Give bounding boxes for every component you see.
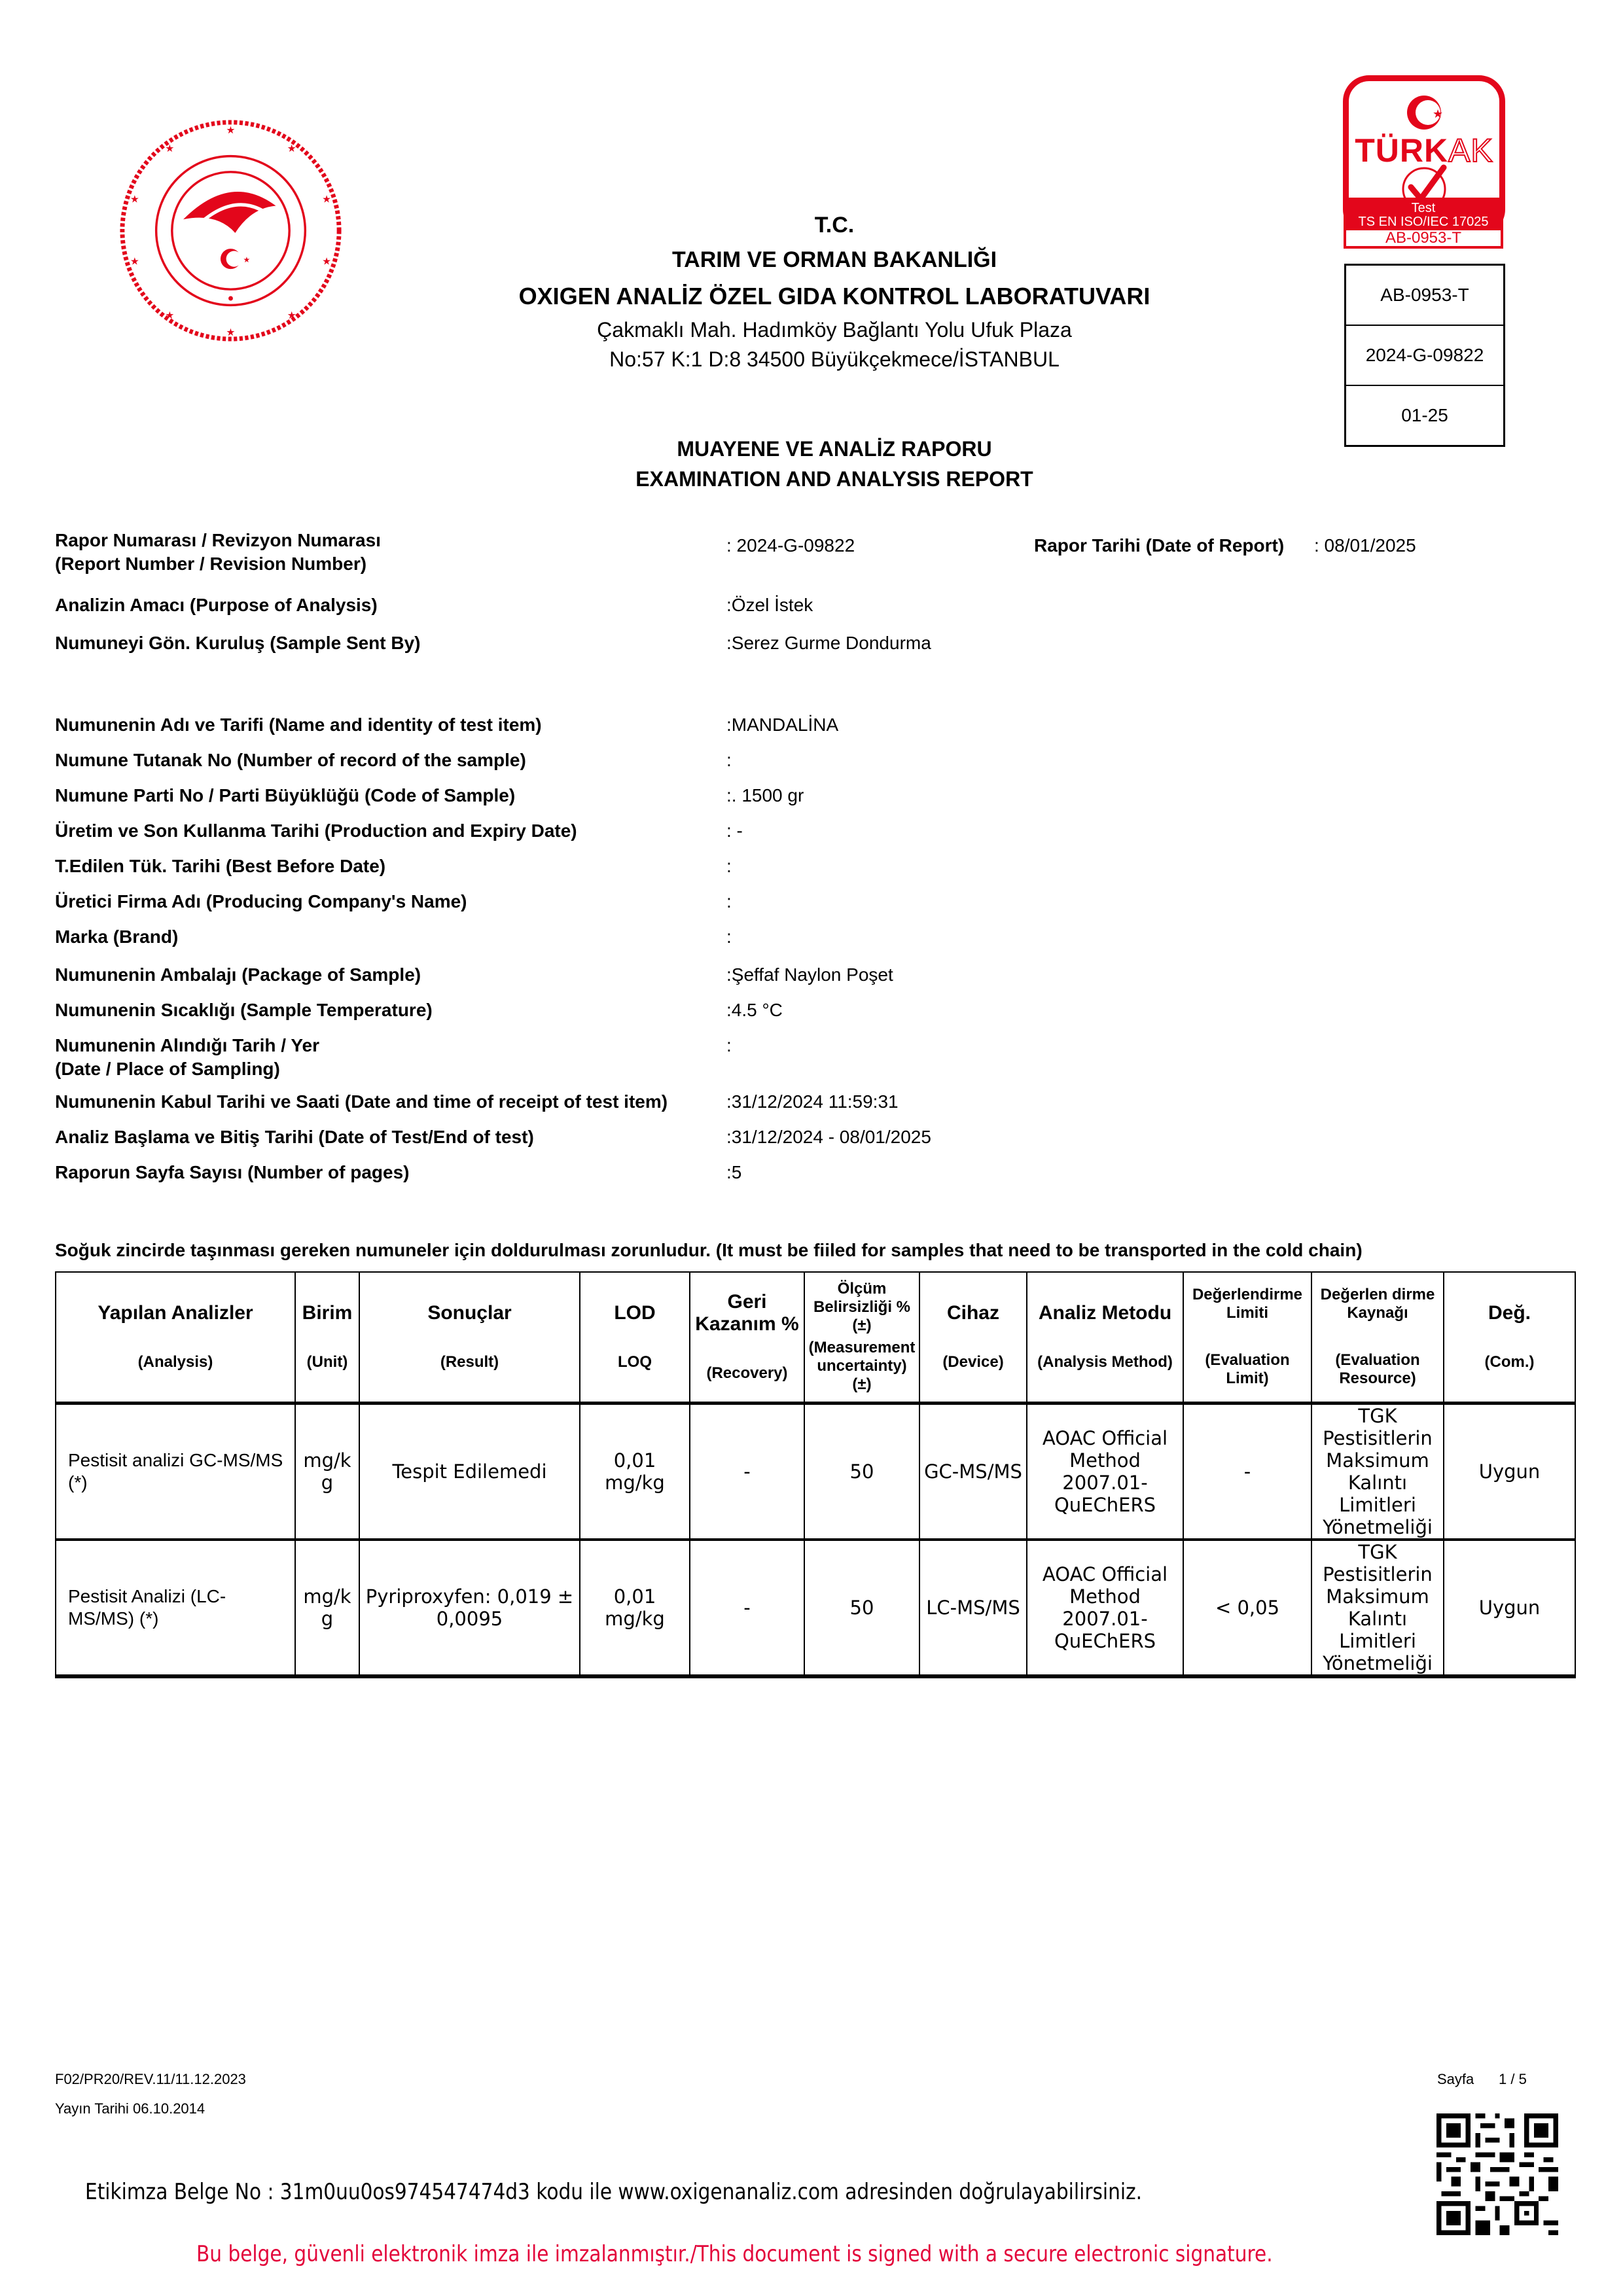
column-header: Yapılan Analizler(Analysis) xyxy=(56,1272,295,1403)
sample-field-value: :31/12/2024 - 08/01/2025 xyxy=(726,1125,931,1149)
reference-box: AB-0953-T 2024-G-09822 01-25 xyxy=(1344,264,1505,447)
svg-text:★: ★ xyxy=(226,125,236,136)
accreditation-code: AB-0953-T xyxy=(1346,230,1501,246)
cold-chain-note: Soğuk zincirde taşınması gereken numunel… xyxy=(55,1240,1363,1261)
sample-field-value: :31/12/2024 11:59:31 xyxy=(726,1090,899,1114)
report-title-tr: MUAYENE VE ANALİZ RAPORU xyxy=(458,437,1211,461)
header-lab-name: OXIGEN ANALİZ ÖZEL GIDA KONTROL LABORATU… xyxy=(458,283,1211,310)
cell-method: AOAC Official Method 2007.01-QuEChERS xyxy=(1027,1540,1183,1676)
sample-field-label: Üretici Firma Adı (Producing Company's N… xyxy=(55,890,467,913)
sample-field-label: Raporun Sayfa Sayısı (Number of pages) xyxy=(55,1161,409,1184)
results-table: Yapılan Analizler(Analysis)Birim(Unit)So… xyxy=(55,1271,1576,1678)
cell-lod-loq: 0,01 mg/kg xyxy=(580,1540,690,1676)
table-header-row: Yapılan Analizler(Analysis)Birim(Unit)So… xyxy=(56,1272,1575,1403)
ministry-seal-icon: ★ ★ ★ ★ ★ ★ ★ ★ ★ ★ ★ xyxy=(118,118,344,344)
cell-method: AOAC Official Method 2007.01-QuEChERS xyxy=(1027,1403,1183,1540)
sample-field-label: Numunenin Alındığı Tarih / Yer(Date / Pl… xyxy=(55,1034,319,1081)
svg-text:★: ★ xyxy=(287,143,296,154)
sample-field-value: : xyxy=(726,855,732,878)
svg-text:★: ★ xyxy=(243,255,250,264)
cell-device: GC-MS/MS xyxy=(919,1403,1027,1540)
ref-report-no: 2024-G-09822 xyxy=(1346,326,1503,386)
svg-text:★: ★ xyxy=(322,256,331,267)
sample-field-label: Numunenin Kabul Tarihi ve Saati (Date an… xyxy=(55,1090,668,1114)
sample-field-label: Üretim ve Son Kullanma Tarihi (Productio… xyxy=(55,819,577,843)
header-ministry: TARIM VE ORMAN BAKANLIĞI xyxy=(458,247,1211,273)
svg-text:★: ★ xyxy=(130,256,139,267)
cell-comment: Uygun xyxy=(1444,1403,1575,1540)
cell-result: Tespit Edilemedi xyxy=(359,1403,580,1540)
ref-accreditation-no: AB-0953-T xyxy=(1346,266,1503,326)
sample-field-value: : - xyxy=(726,819,743,843)
cell-analysis: Pestisit analizi GC-MS/MS (*) xyxy=(56,1403,295,1540)
cell-eval-resource: TGK Pestisitlerin Maksimum Kalıntı Limit… xyxy=(1311,1403,1444,1540)
sample-field-value: : xyxy=(726,749,732,772)
sample-field-label: Numune Parti No / Parti Büyüklüğü (Code … xyxy=(55,784,515,807)
column-header: Değ.(Com.) xyxy=(1444,1272,1575,1403)
svg-text:★: ★ xyxy=(130,194,139,205)
qr-code-icon[interactable] xyxy=(1436,2113,1558,2235)
table-row: Pestisit analizi GC-MS/MS (*)mg/kgTespit… xyxy=(56,1403,1575,1540)
table-row: Pestisit Analizi (LC-MS/MS) (*)mg/kgPyri… xyxy=(56,1540,1575,1676)
sample-field-label: Numunenin Adı ve Tarifi (Name and identi… xyxy=(55,713,542,737)
sample-field-label: Numunenin Sıcaklığı (Sample Temperature) xyxy=(55,998,433,1022)
sent-by-value: :Serez Gurme Dondurma xyxy=(726,631,931,655)
svg-text:★: ★ xyxy=(165,143,174,154)
header-address-line2: No:57 K:1 D:8 34500 Büyükçekmece/İSTANBU… xyxy=(458,347,1211,372)
table-body: Pestisit analizi GC-MS/MS (*)mg/kgTespit… xyxy=(56,1403,1575,1676)
signed-note: Bu belge, güvenli elektronik imza ile im… xyxy=(196,2241,1273,2267)
column-header: Değerlen dirme Kaynağı(Evaluation Resour… xyxy=(1311,1272,1444,1403)
svg-text:★: ★ xyxy=(1433,107,1443,120)
accreditation-standard: TS EN ISO/IEC 17025 xyxy=(1344,215,1503,229)
accreditation-band: Test TS EN ISO/IEC 17025 AB-0953-T xyxy=(1344,198,1503,249)
sample-field-value: :Şeffaf Naylon Poşet xyxy=(726,963,893,987)
accreditation-type: Test xyxy=(1344,202,1503,215)
cell-uncertainty: 50 xyxy=(804,1540,919,1676)
report-title-en: EXAMINATION AND ANALYSIS REPORT xyxy=(458,467,1211,491)
cell-lod-loq: 0,01 mg/kg xyxy=(580,1403,690,1540)
sent-by-label: Numuneyi Gön. Kuruluş (Sample Sent By) xyxy=(55,631,421,655)
sample-field-value: : xyxy=(726,890,732,913)
column-header: Birim(Unit) xyxy=(295,1272,359,1403)
column-header: Cihaz(Device) xyxy=(919,1272,1027,1403)
column-header: Değerlendirme Limiti(Evaluation Limit) xyxy=(1183,1272,1311,1403)
report-date-value: : 08/01/2025 xyxy=(1314,534,1416,557)
purpose-label: Analizin Amacı (Purpose of Analysis) xyxy=(55,593,378,617)
form-code: F02/PR20/REV.11/11.12.2023 xyxy=(55,2071,246,2088)
column-header: Analiz Metodu(Analysis Method) xyxy=(1027,1272,1183,1403)
sample-field-label: Numunenin Ambalajı (Package of Sample) xyxy=(55,963,421,987)
cell-analysis: Pestisit Analizi (LC-MS/MS) (*) xyxy=(56,1540,295,1676)
cell-unit: mg/kg xyxy=(295,1540,359,1676)
svg-text:★: ★ xyxy=(322,194,331,205)
sample-field-value: : xyxy=(726,1034,732,1057)
sample-field-value: :5 xyxy=(726,1161,741,1184)
sample-field-label: T.Edilen Tük. Tarihi (Best Before Date) xyxy=(55,855,385,878)
header-address-line1: Çakmaklı Mah. Hadımköy Bağlantı Yolu Ufu… xyxy=(458,318,1211,342)
report-date-label: Rapor Tarihi (Date of Report) xyxy=(1034,534,1284,557)
cell-recovery: - xyxy=(690,1540,804,1676)
publish-date: Yayın Tarihi 06.10.2014 xyxy=(55,2100,205,2117)
e-signature-verification: Etikimza Belge No : 31m0uu0os974547474d3… xyxy=(85,2179,1142,2205)
cell-recovery: - xyxy=(690,1403,804,1540)
cell-comment: Uygun xyxy=(1444,1540,1575,1676)
cell-eval-limit: - xyxy=(1183,1403,1311,1540)
page-label: Sayfa xyxy=(1437,2071,1474,2088)
turkak-text-bold: TÜRK xyxy=(1355,132,1448,169)
header-tc: T.C. xyxy=(458,213,1211,238)
report-number-value: : 2024-G-09822 xyxy=(726,534,855,557)
svg-text:★: ★ xyxy=(226,327,236,338)
column-header: Sonuçlar(Result) xyxy=(359,1272,580,1403)
purpose-value: :Özel İstek xyxy=(726,593,813,617)
column-header: Geri Kazanım %(Recovery) xyxy=(690,1272,804,1403)
page-number: 1 / 5 xyxy=(1499,2071,1527,2088)
sample-field-label: Numune Tutanak No (Number of record of t… xyxy=(55,749,526,772)
sample-field-label: Marka (Brand) xyxy=(55,925,178,949)
svg-text:★: ★ xyxy=(165,310,174,321)
sample-field-value: : xyxy=(726,925,732,949)
cell-unit: mg/kg xyxy=(295,1403,359,1540)
cell-uncertainty: 50 xyxy=(804,1403,919,1540)
cell-eval-resource: TGK Pestisitlerin Maksimum Kalıntı Limit… xyxy=(1311,1540,1444,1676)
column-header: Ölçüm Belirsizliği % (±)(Measurement unc… xyxy=(804,1272,919,1403)
sample-field-value: :4.5 °C xyxy=(726,998,783,1022)
cell-device: LC-MS/MS xyxy=(919,1540,1027,1676)
sample-field-label: Analiz Başlama ve Bitiş Tarihi (Date of … xyxy=(55,1125,534,1149)
turkak-text-outline: AK xyxy=(1448,132,1493,169)
ref-period: 01-25 xyxy=(1346,386,1503,445)
cell-result: Pyriproxyfen: 0,019 ± 0,0095 xyxy=(359,1540,580,1676)
cell-eval-limit: < 0,05 xyxy=(1183,1540,1311,1676)
sample-field-value: :MANDALİNA xyxy=(726,713,838,737)
svg-text:★: ★ xyxy=(287,310,296,321)
report-number-label: Rapor Numarası / Revizyon Numarası (Repo… xyxy=(55,529,381,576)
sample-field-value: :. 1500 gr xyxy=(726,784,804,807)
column-header: LODLOQ xyxy=(580,1272,690,1403)
